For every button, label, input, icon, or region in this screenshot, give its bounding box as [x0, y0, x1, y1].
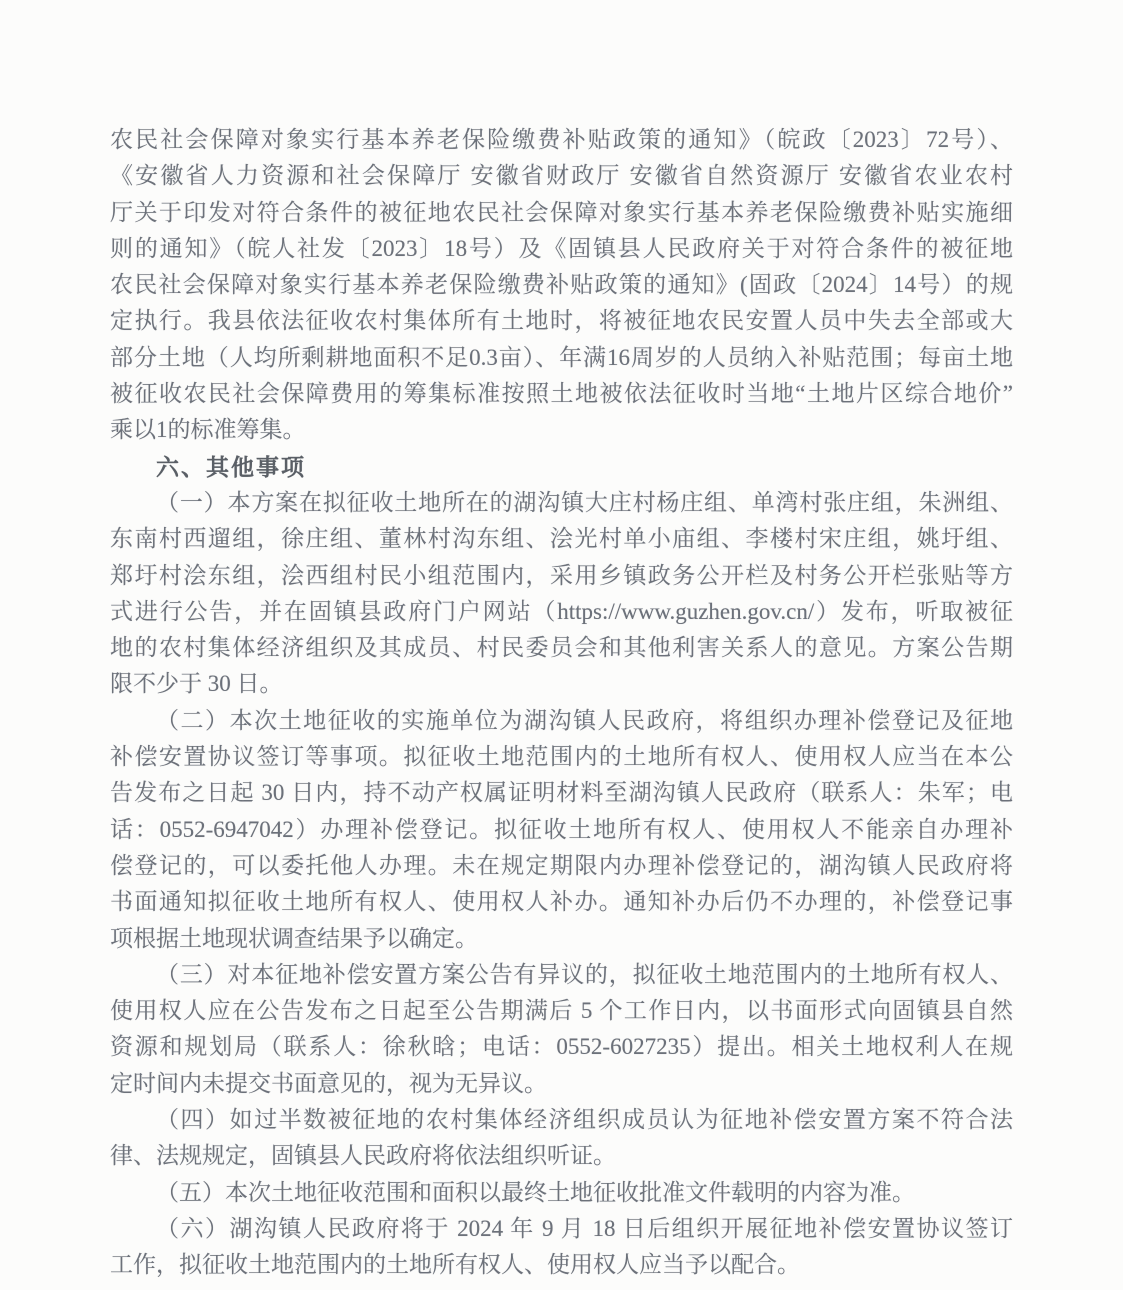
document-line: 农民社会保障对象实行基本养老保险缴费补贴政策的通知》(固政〔2024〕14号）的… [110, 267, 1013, 303]
section-heading: 六、其他事项 [110, 449, 1013, 485]
document-line: 项根据土地现状调查结果予以确定。 [110, 921, 1013, 957]
document-line: 乘以1的标准筹集。 [110, 412, 1013, 448]
document-page: 农民社会保障对象实行基本养老保险缴费补贴政策的通知》（皖政〔2023〕72号）、… [0, 0, 1123, 1290]
document-line: （四）如过半数被征地的农村集体经济组织成员认为征地补偿安置方案不符合法 [110, 1102, 1013, 1138]
document-line: 工作，拟征收土地范围内的土地所有权人、使用权人应当予以配合。 [110, 1247, 1013, 1283]
document-line: 部分土地（人均所剩耕地面积不足0.3亩）、年满16周岁的人员纳入补贴范围；每亩土… [110, 340, 1013, 376]
document-line: 告发布之日起 30 日内，持不动产权属证明材料至湖沟镇人民政府（联系人：朱军；电 [110, 775, 1013, 811]
document-body: 农民社会保障对象实行基本养老保险缴费补贴政策的通知》（皖政〔2023〕72号）、… [110, 122, 1013, 1284]
document-line: 厅关于印发对符合条件的被征地农民社会保障对象实行基本养老保险缴费补贴实施细 [110, 195, 1013, 231]
document-line: 则的通知》（皖人社发〔2023〕18号）及《固镇县人民政府关于对符合条件的被征地 [110, 231, 1013, 267]
document-line: 书面通知拟征收土地所有权人、使用权人补办。通知补办后仍不办理的，补偿登记事 [110, 884, 1013, 920]
document-line: 农民社会保障对象实行基本养老保险缴费补贴政策的通知》（皖政〔2023〕72号）、 [110, 122, 1013, 158]
document-line: 被征收农民社会保障费用的筹集标准按照土地被依法征收时当地“土地片区综合地价” [110, 376, 1013, 412]
document-line: 使用权人应在公告发布之日起至公告期满后 5 个工作日内，以书面形式向固镇县自然 [110, 993, 1013, 1029]
document-line: 《安徽省人力资源和社会保障厅 安徽省财政厅 安徽省自然资源厅 安徽省农业农村 [110, 158, 1013, 194]
document-line: 定执行。我县依法征收农村集体所有土地时，将被征地农民安置人员中失去全部或大 [110, 303, 1013, 339]
document-line: （五）本次土地征收范围和面积以最终土地征收批准文件载明的内容为准。 [110, 1175, 1013, 1211]
document-line: 式进行公告，并在固镇县政府门户网站（https://www.guzhen.gov… [110, 594, 1013, 630]
document-line: 定时间内未提交书面意见的，视为无异议。 [110, 1066, 1013, 1102]
document-line: 律、法规规定，固镇县人民政府将依法组织听证。 [110, 1138, 1013, 1174]
document-line: 地的农村集体经济组织及其成员、村民委员会和其他利害关系人的意见。方案公告期 [110, 630, 1013, 666]
document-line: 资源和规划局（联系人：徐秋晗；电话：0552-6027235）提出。相关土地权利… [110, 1029, 1013, 1065]
document-line: 郑圩村浍东组，浍西组村民小组范围内，采用乡镇政务公开栏及村务公开栏张贴等方 [110, 558, 1013, 594]
document-line: （一）本方案在拟征收土地所在的湖沟镇大庄村杨庄组、单湾村张庄组，朱洲组、 [110, 485, 1013, 521]
document-line: 东南村西遛组，徐庄组、董林村沟东组、浍光村单小庙组、李楼村宋庄组，姚圩组、 [110, 521, 1013, 557]
document-line: 话：0552-6947042）办理补偿登记。拟征收土地所有权人、使用权人不能亲自… [110, 812, 1013, 848]
document-line: （三）对本征地补偿安置方案公告有异议的，拟征收土地范围内的土地所有权人、 [110, 957, 1013, 993]
document-line: 限不少于 30 日。 [110, 666, 1013, 702]
document-line: （六）湖沟镇人民政府将于 2024 年 9 月 18 日后组织开展征地补偿安置协… [110, 1211, 1013, 1247]
document-line: 补偿安置协议签订等事项。拟征收土地范围内的土地所有权人、使用权人应当在本公 [110, 739, 1013, 775]
document-line: 偿登记的，可以委托他人办理。未在规定期限内办理补偿登记的，湖沟镇人民政府将 [110, 848, 1013, 884]
document-line: （二）本次土地征收的实施单位为湖沟镇人民政府，将组织办理补偿登记及征地 [110, 703, 1013, 739]
